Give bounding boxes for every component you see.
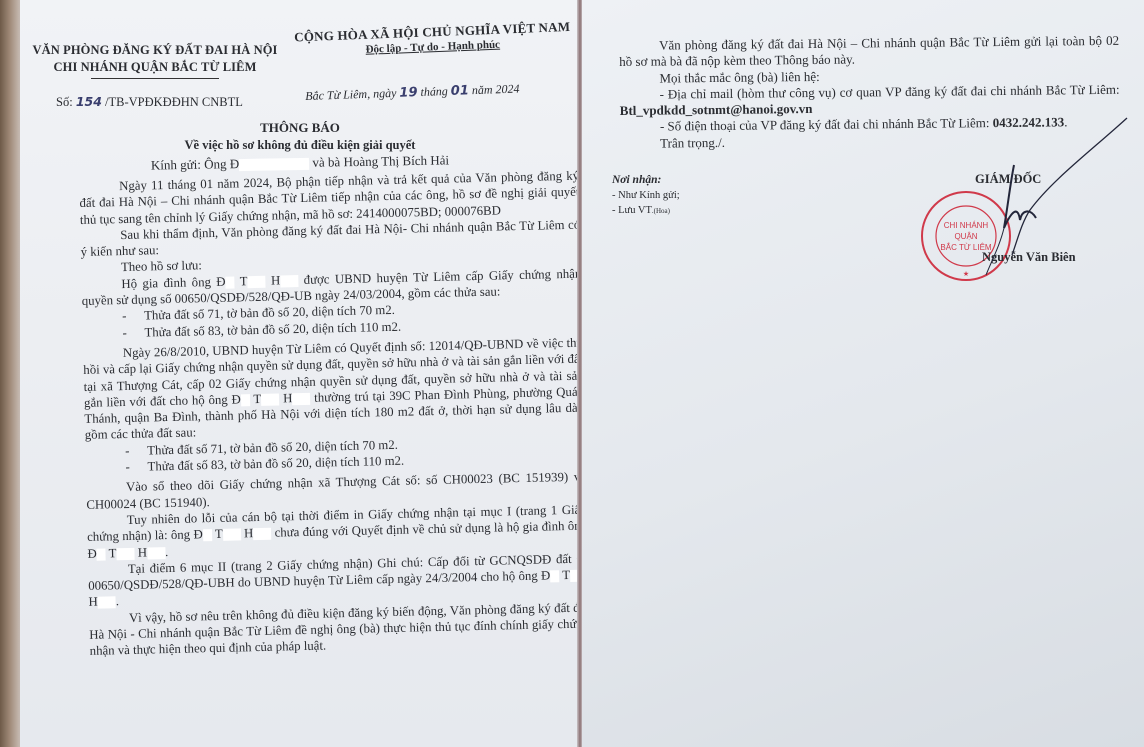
- redacted-name: [253, 528, 271, 540]
- document-title: THÔNG BÁO: [20, 120, 580, 136]
- redacted-name: [292, 393, 310, 405]
- paragraph: Vì vậy, hồ sơ nêu trên không đủ điều kiệ…: [89, 599, 580, 659]
- recipient-item: - Lưu VT.(Hoa): [612, 203, 680, 219]
- paragraph: Ngày 26/8/2010, UBND huyện Từ Liêm có Qu…: [83, 335, 580, 444]
- national-header: CỘNG HÒA XÃ HỘI CHỦ NGHĨA VIỆT NAM Độc l…: [282, 18, 580, 58]
- recipients-block: Nơi nhận: - Như Kính gửi; - Lưu VT.(Hoa): [612, 173, 680, 219]
- redacted-name: [203, 529, 212, 541]
- signature-icon: [952, 110, 1132, 280]
- email-address: Btl_vpdkdd_sotnmt@hanoi.gov.vn: [620, 101, 813, 118]
- redacted-name: [280, 275, 298, 287]
- redacted-name: [550, 570, 559, 582]
- redacted-name: [97, 548, 106, 560]
- document-page-2: Văn phòng đăng ký đất đai Hà Nội – Chi n…: [582, 0, 1144, 747]
- recipient-item: - Như Kính gửi;: [612, 188, 680, 203]
- redacted-name: [247, 276, 265, 288]
- redacted-name: [147, 547, 165, 559]
- document-date: Bắc Từ Liêm, ngày 19 tháng 01 năm 2024: [305, 82, 520, 104]
- issuer-line-1: VĂN PHÒNG ĐĂNG KÝ ĐẤT ĐAI HÀ NỘI: [30, 42, 280, 59]
- table-edge-background: [0, 0, 22, 747]
- redacted-name: [241, 394, 250, 406]
- handwritten-day: 19: [399, 85, 418, 101]
- recipients-label: Nơi nhận:: [612, 173, 680, 188]
- issuer-header: VĂN PHÒNG ĐĂNG KÝ ĐẤT ĐAI HÀ NỘI CHI NHÁ…: [30, 42, 280, 79]
- document-body: Ngày 11 tháng 01 năm 2024, Bộ phận tiếp …: [79, 168, 580, 660]
- redacted-name: [239, 158, 309, 171]
- document-number: Số: 154 /TB-VPĐKĐĐHN CNBTL: [56, 94, 243, 110]
- redacted-name: [116, 547, 134, 559]
- redacted-name: [98, 597, 116, 609]
- paragraph: Văn phòng đăng ký đất đai Hà Nội – Chi n…: [619, 33, 1119, 71]
- redacted-name: [225, 276, 234, 288]
- issuer-line-2: CHI NHÁNH QUẬN BẮC TỪ LIÊM: [30, 59, 280, 76]
- document-page-1: VĂN PHÒNG ĐĂNG KÝ ĐẤT ĐAI HÀ NỘI CHI NHÁ…: [20, 0, 580, 747]
- handwritten-number: 154: [76, 94, 102, 109]
- redacted-name: [223, 529, 241, 541]
- header-rule: [91, 78, 219, 79]
- handwritten-month: 01: [451, 83, 470, 99]
- redacted-name: [261, 393, 279, 405]
